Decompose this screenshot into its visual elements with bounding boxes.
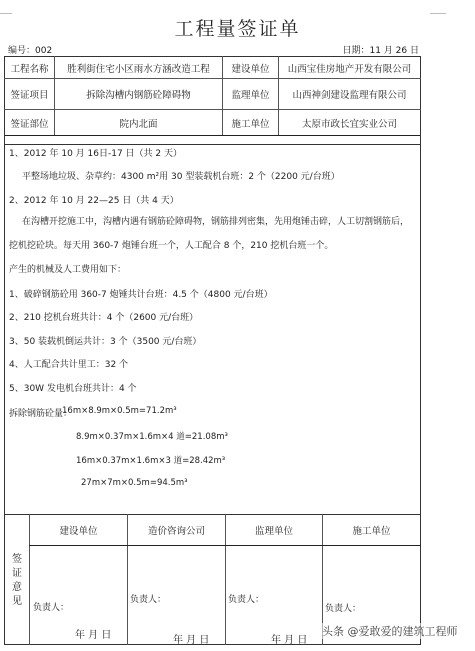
divider (29, 545, 421, 546)
document-number: 编号：002 (8, 43, 52, 56)
content-line: 平整场地垃圾、杂草约：4300 m²用 30 型装载机台班：2 个（2200 元… (22, 169, 340, 182)
owner-date-field[interactable]: 年 月 日 (75, 626, 111, 641)
formula-line: 16m×0.37m×1.6m×3 道=28.42m³ (76, 454, 225, 466)
project-name-label: 工程名称 (5, 57, 54, 78)
signoff-side-label: 签 证 意 见 (10, 553, 24, 609)
supervisor-unit-label: 监理单位 (223, 79, 278, 109)
content-line: 2、2012 年 10 月 22—25 日（共 4 天） (9, 193, 179, 206)
content-line: 2、210 挖机台班共计：4 个（2600 元/台班） (9, 310, 198, 323)
formula-line: 27m×7m×0.5m=94.5m³ (81, 478, 188, 488)
content-line: 挖机挖砼块。每天用 360-7 炮锤台班一个，人工配合 8 个，210 挖机台班… (9, 238, 333, 251)
supervisor-date-field[interactable]: 年 月 日 (271, 631, 307, 646)
signoff-header-cost-consultant: 造价咨询公司 (128, 515, 225, 545)
content-line: 产生的机械及人工费用如下： (9, 262, 126, 275)
contractor-person-field[interactable]: 负责人： (325, 601, 361, 614)
document-title: 工程量签证单 (0, 14, 475, 41)
signoff-header-supervisor: 监理单位 (226, 515, 322, 545)
watermark-text: 头条 @爱敢爱的建筑工程师 (322, 623, 458, 639)
content-line: 1、2012 年 10 月 16日-17 日（共 2 天） (9, 146, 182, 159)
supervisor-person-field[interactable]: 负责人： (228, 592, 264, 605)
content-line: 3、50 装载机倒运共计：3 个（3500 元/台班） (9, 334, 201, 347)
side-char: 意 (10, 581, 24, 595)
visa-item-value: 拆除沟槽内钢筋砼障碍物 (55, 79, 222, 109)
content-line: 1、破碎钢筋砼用 360-7 炮锤共计台班：4.5 个（4800 元/台班） (9, 287, 273, 300)
signoff-header-contractor: 施工单位 (323, 515, 420, 545)
contractor-unit-value: 太原市政长宜实业公司 (279, 110, 420, 135)
side-char: 证 (10, 567, 24, 581)
side-char: 签 (10, 553, 24, 567)
supervisor-unit-value: 山西神剑建设监理有限公司 (279, 79, 420, 109)
signoff-header-owner: 建设单位 (30, 515, 127, 545)
content-line: 在沟槽开挖施工中，沟槽内遇有钢筋砼障碍物，钢筋排列密集，先用炮锤击碎，人工切割钢… (22, 214, 409, 227)
visa-item-label: 签证项目 (5, 79, 54, 109)
project-name-value: 胜利街住宅小区雨水方涵改造工程 (55, 57, 222, 78)
owner-person-field[interactable]: 负责人： (33, 600, 69, 613)
document-date: 日期：11 月 26 日 (343, 43, 420, 56)
side-char: 见 (10, 595, 24, 609)
formula-line: 8.9m×0.37m×1.6m×4 道=21.08m³ (76, 430, 228, 442)
visa-location-value: 院内北面 (55, 110, 222, 135)
cost-consultant-date-field[interactable]: 年 月 日 (173, 631, 209, 646)
owner-unit-label: 建设单位 (223, 57, 278, 78)
cost-consultant-person-field[interactable]: 负责人： (130, 592, 166, 605)
formula-line: 16m×8.9m×0.5m=71.2m³ (62, 406, 177, 416)
contractor-unit-label: 施工单位 (223, 110, 278, 135)
owner-unit-value: 山西宝佳房地产开发有限公司 (279, 57, 420, 78)
content-line: 5、30W 发电机台班共计：4 个 (9, 381, 137, 394)
content-line: 4、人工配合共计里工：32 个 (9, 357, 128, 370)
visa-location-label: 签证部位 (5, 110, 54, 135)
